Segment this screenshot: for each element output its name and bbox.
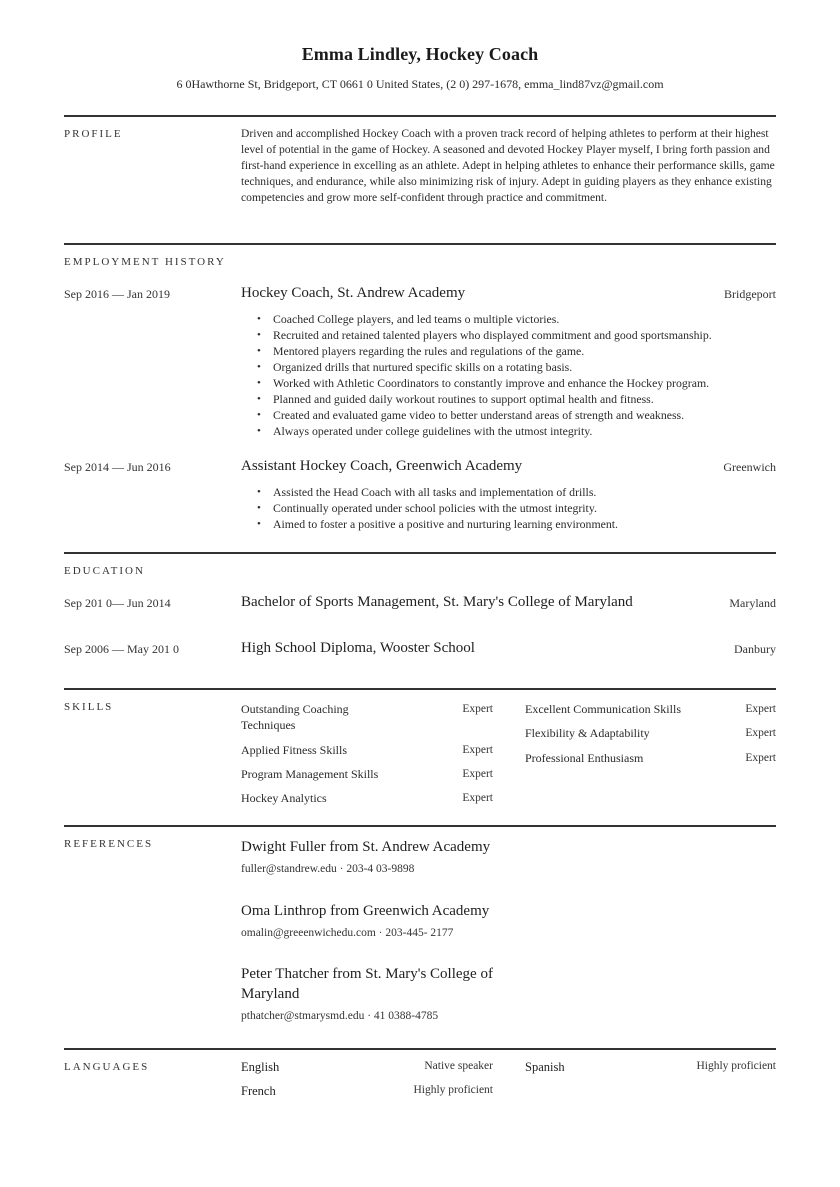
job-bullet: Assisted the Head Coach with all tasks a…: [257, 484, 618, 500]
skill-name: Flexibility & Adaptability: [525, 725, 725, 741]
job-bullet: Recruited and retained talented players …: [257, 327, 712, 343]
education-title: High School Diploma, Wooster School: [241, 640, 475, 657]
reference-item: Peter Thatcher from St. Mary's College o…: [241, 964, 511, 1022]
job-bullet: Always operated under college guidelines…: [257, 423, 712, 439]
education-city: Danbury: [734, 642, 776, 657]
languages-section: LANGUAGES English Native speaker French …: [64, 1048, 776, 1128]
job-title: Hockey Coach, St. Andrew Academy: [241, 285, 465, 302]
skill-item: Outstanding Coaching Techniques Expert: [241, 701, 493, 733]
skill-level: Expert: [462, 701, 493, 717]
language-level: Highly proficient: [413, 1084, 493, 1096]
education-section: EDUCATION Sep 201 0— Jun 2014 Bachelor o…: [64, 552, 776, 688]
job-city: Greenwich: [723, 460, 776, 475]
reference-name: Oma Linthrop from Greenwich Academy: [241, 901, 511, 921]
job-bullet: Created and evaluated game video to bett…: [257, 407, 712, 423]
language-item: French Highly proficient: [241, 1084, 493, 1102]
references-section: REFERENCES Dwight Fuller from St. Andrew…: [64, 825, 776, 1048]
profile-section: PROFILE Driven and accomplished Hockey C…: [64, 115, 776, 243]
job-bullet: Worked with Athletic Coordinators to con…: [257, 375, 712, 391]
section-title-education: EDUCATION: [64, 565, 145, 577]
skill-level: Expert: [462, 742, 493, 758]
language-name: English: [241, 1060, 279, 1075]
education-city: Maryland: [729, 596, 776, 611]
reference-name: Dwight Fuller from St. Andrew Academy: [241, 837, 511, 857]
skill-item: Hockey Analytics Expert: [241, 790, 493, 806]
skill-item: Excellent Communication Skills Expert: [525, 701, 776, 717]
skill-level: Expert: [745, 725, 776, 741]
education-date: Sep 2006 — May 201 0: [64, 642, 179, 657]
section-title-languages: LANGUAGES: [64, 1061, 149, 1073]
employment-section: EMPLOYMENT HISTORY Sep 2016 — Jan 2019 H…: [64, 243, 776, 552]
job-city: Bridgeport: [724, 287, 776, 302]
job-title: Assistant Hockey Coach, Greenwich Academ…: [241, 458, 522, 475]
skill-item: Applied Fitness Skills Expert: [241, 742, 493, 758]
skill-item: Professional Enthusiasm Expert: [525, 750, 776, 766]
resume-header: Emma Lindley, Hockey Coach 6 0Hawthorne …: [0, 0, 840, 92]
job-date: Sep 2016 — Jan 2019: [64, 287, 170, 302]
section-title-employment: EMPLOYMENT HISTORY: [64, 256, 226, 268]
contact-info: 6 0Hawthorne St, Bridgeport, CT 0661 0 U…: [0, 77, 840, 92]
job-bullet: Aimed to foster a positive a positive an…: [257, 516, 618, 532]
profile-text: Driven and accomplished Hockey Coach wit…: [241, 126, 776, 206]
job-date: Sep 2014 — Jun 2016: [64, 460, 171, 475]
reference-item: Dwight Fuller from St. Andrew Academy fu…: [241, 837, 511, 875]
job-bullet: Continually operated under school polici…: [257, 500, 618, 516]
reference-name: Peter Thatcher from St. Mary's College o…: [241, 964, 511, 1004]
job-bullet: Organized drills that nurtured specific …: [257, 359, 712, 375]
job-bullet: Coached College players, and led teams o…: [257, 311, 712, 327]
job-bullets: Assisted the Head Coach with all tasks a…: [257, 484, 618, 532]
job-bullets: Coached College players, and led teams o…: [257, 311, 712, 439]
skill-name: Program Management Skills: [241, 766, 441, 782]
skill-name: Professional Enthusiasm: [525, 750, 725, 766]
language-item: English Native speaker: [241, 1060, 493, 1078]
language-item: Spanish Highly proficient: [525, 1060, 776, 1078]
skill-name: Excellent Communication Skills: [525, 701, 725, 717]
skill-level: Expert: [745, 750, 776, 766]
education-title: Bachelor of Sports Management, St. Mary'…: [241, 594, 633, 611]
candidate-name: Emma Lindley, Hockey Coach: [0, 44, 840, 65]
section-title-profile: PROFILE: [64, 128, 123, 140]
skill-level: Expert: [462, 766, 493, 782]
reference-item: Oma Linthrop from Greenwich Academy omal…: [241, 901, 511, 939]
education-date: Sep 201 0— Jun 2014: [64, 596, 171, 611]
section-title-skills: SKILLS: [64, 701, 113, 713]
skill-level: Expert: [462, 790, 493, 806]
job-bullet: Mentored players regarding the rules and…: [257, 343, 712, 359]
skill-item: Flexibility & Adaptability Expert: [525, 725, 776, 741]
language-level: Highly proficient: [696, 1060, 776, 1072]
reference-contact[interactable]: omalin@greeenwichedu.com · 203-445- 2177: [241, 927, 511, 939]
skills-section: SKILLS Outstanding Coaching Techniques E…: [64, 688, 776, 825]
language-name: Spanish: [525, 1060, 565, 1075]
job-bullet: Planned and guided daily workout routine…: [257, 391, 712, 407]
skill-item: Program Management Skills Expert: [241, 766, 493, 782]
section-title-references: REFERENCES: [64, 838, 153, 850]
reference-contact[interactable]: pthatcher@stmarysmd.edu · 41 0388-4785: [241, 1010, 511, 1022]
language-name: French: [241, 1084, 276, 1099]
language-level: Native speaker: [424, 1060, 493, 1072]
skill-name: Applied Fitness Skills: [241, 742, 441, 758]
skill-level: Expert: [745, 701, 776, 717]
skill-name: Outstanding Coaching Techniques: [241, 701, 381, 733]
skill-name: Hockey Analytics: [241, 790, 441, 806]
reference-contact[interactable]: fuller@standrew.edu · 203-4 03-9898: [241, 863, 511, 875]
